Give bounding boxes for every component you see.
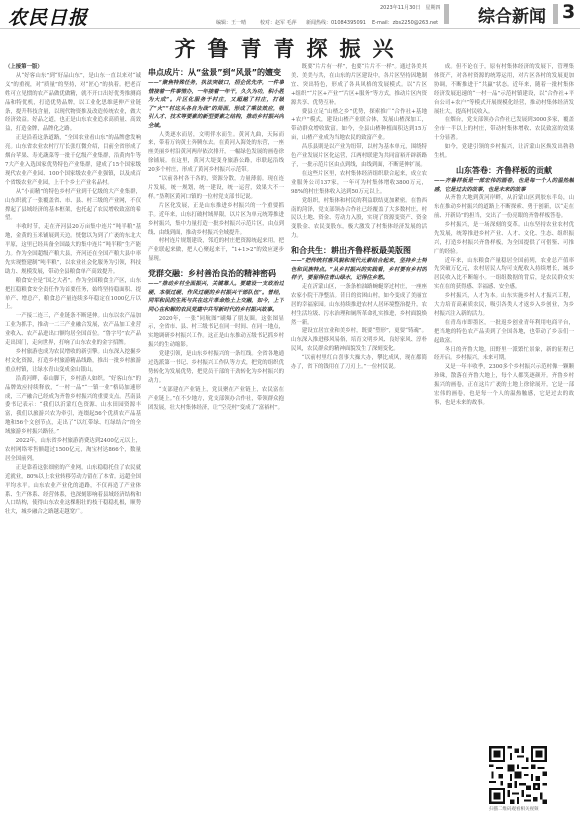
paragraph: 从齐鲁大地到黄河岸畔，从沂蒙山区到胶东半岛，山东在推动乡村振兴的道路上不断探索、… [434,194,574,221]
qr-caption: 扫描二维码观看相关视频 [489,806,555,812]
masthead: 农民日报 编辑：王一晴 校对：赵军 毛萍 新闻热线：01084395091 20… [0,0,580,30]
proofreader-credit: 校对：赵军 毛萍 [260,19,297,26]
divider-bar [553,4,558,24]
paragraph: 乡村振兴，人才为本。山东实施乡村人才振兴工程，大力培育高素质农民，吸引各类人才返… [434,292,574,319]
section-heading: 山东答卷：齐鲁样板的贡献 [434,165,574,176]
divider-bar [444,4,449,24]
section-heading: 和合共生：耕出齐鲁样板最美版图 [291,245,427,256]
paragraph: 从“好客山东”到“好品山东”，是山东一直以来对“诚义”的重视，对“质量”的坚持，… [5,72,141,134]
paragraph: 建设宜居宜业和美乡村，既要“塑形”，更要“铸魂”。山东深入推进移风易俗，培育文明… [291,327,427,354]
section-name: 综合新闻 [478,2,546,27]
paragraph: 党建引领，是山东乡村振兴的一条红线。全省各地通过选派第一书记、乡村振兴工作队等方… [148,350,284,386]
paragraph: 村村连片规划建设，邻近的村庄把资源统起来用，把产业联起来做，把人心聚起来干，“1… [148,237,284,264]
paragraph: 乡村旅游也成为农民增收的新引擎。山东深入挖掘乡村文化资源，打造乡村旅游精品线路，… [5,348,141,375]
paragraph: 冬日的齐鲁大地，田野里一派繁忙景象，新的征程已经开启。乡村振兴，未来可期。 [434,346,574,364]
paragraph: 又是一年丰收季，2300多个乡村振兴示范村像一颗颗珍珠，散落在齐鲁大地上，每个人… [434,363,574,408]
paragraph: “以前各村各干各的，资源分散，力量薄弱。现在连片发展，统一规划，统一建设，统一运… [148,175,284,202]
editor-credit: 编辑：王一晴 [216,19,246,26]
paragraph: “以前村里红白喜事大操大办，攀比成风，现在都简办了，省下的钱用在了刀刃上。”一位… [291,354,427,372]
paragraph: 如今，党建引领的乡村振兴，让沂蒙山区焕发出勃勃生机。 [434,143,574,161]
paragraph: 党组织，村集体和村民的利益联结更加紧密。在鲁西南的菏泽，党支部领办合作社已经覆盖… [291,197,427,242]
paragraph: 2022年，山东省乡村旅游消费达到2400亿元以上，农村网络零售额超过1500亿… [5,437,141,464]
paragraph: 在这些片区里，农村集体经济组织联合起来，成立农业服务公司137家，一年可为村集体… [291,170,427,197]
paragraph: 在烟台，党支部领办合作社已发展到3000多家，覆盖全市一半以上的村庄，带动村集体… [434,116,574,143]
contact-email: E-mail：zbs2250@263.net [372,19,438,26]
paragraph: 人类逐水而居，文明伴水而生。黄河九曲，天际而来，带着万钧黄土奔腾东去。在黄河入海… [148,131,284,176]
article-title: 齐鲁青青探振兴 [0,33,580,63]
column-3: 既要“片片有一样”，也要“片片不一样”。通过各美其美、美美与共，在山东的片区建设… [291,63,427,811]
paragraph: 费县立足“山楂之乡”优势，探索推广“合作社+基地+农户”模式，建设山楂产业联合体… [291,108,427,144]
section-subtitle: ——“推动乡村全面振兴，关键靠人。要建设一支政治过硬、本领过硬、作风过硬的乡村振… [148,280,284,314]
continued-tag: （上接第一版） [5,63,141,72]
section-subtitle: ——“把传统村落风貌和现代元素结合起来，坚持乡土特色和民族特点。”从乡村振兴的实… [291,257,427,283]
paragraph: 昌乐县則是以产业为纽带，以村为基本单元，围绕特色产业发展片区化运营，江两村联建为… [291,143,427,170]
section-heading: 党群交融：乡村善治良治的精神密码 [148,268,284,279]
issue-date: 2023年11月30日 星期四 [380,4,440,11]
paragraph: 乡村振兴，是一场深刻的变革。山东坚持农业农村优先发展，统筹推进乡村产业、人才、文… [434,221,574,257]
header-rule [0,28,580,29]
paragraph: 既要“片片有一样”，也要“片片不一样”。通过各美其美、美美与共，在山东的片区建设… [291,63,427,108]
paragraph: 沿黄河畔，泰山脚下，乡村游人如织。“好客山东”的品牌效应持续释放，“一村一品”“… [5,375,141,437]
section-subtitle: ——齐鲁样板是一部宏伟的画卷，也是每一个人的温热触感，它是过去的故事，也是未来的… [434,177,574,194]
section-subtitle: ——“聚焦特殊任务，执法突破口，招企优先序，一件事情接着一件事情办，一年接着一年… [148,79,284,131]
paragraph: 2020年，一张“同航图”刷爆了朋友圈。这张图显示，全省市、县、村三级书记在同一… [148,315,284,351]
news-hotline: 新闻热线：01084395091 [306,19,366,26]
paragraph: 粮食安全是“国之大者”。作为全国粮食主产区，山东把扛稳粮食安全责任作为首要任务，… [5,277,141,313]
paragraph: 丰收时节，走在齐河县20万亩集中连片“吨半粮”基地，金黄的玉米铺展到天边。恍惚以… [5,223,141,276]
column-4: 成。但不论在于，原有村集体经济的发展下，管理集体资产，对各村资源的统筹运用，对片… [434,63,574,735]
section-heading: 串点成片：从“盆景”到“风景”的嬗变 [148,67,284,78]
paragraph: 一产接二连三，产业链条不断延伸。山东以农产品加工业为抓手，推动一二三产业融合发展… [5,312,141,348]
column-1: （上接第一版） 从“好客山东”到“好品山东”，是山东一直以来对“诚义”的重视，对… [5,63,141,811]
paragraph: 成。但不论在于，原有村集体经济的发展下，管理集体资产，对各村资源的统筹运用，对片… [434,63,574,116]
newspaper-logo: 农民日报 [8,3,88,30]
column-2: 串点成片：从“盆景”到“风景”的嬗变 ——“聚焦特殊任务，执法突破口，招企优先序… [148,63,284,811]
qr-code[interactable] [489,746,547,804]
paragraph: 近年来，山东粮食产量稳居全国前列，农业总产值率先突破万亿元，农村居民人均可支配收… [434,257,574,293]
paragraph: 正是靠着这张细密的产业网，山东稳稳托住了农民就近就业，80%以上农业转移劳动力留… [5,464,141,517]
page-number: 3 [562,1,575,23]
paragraph: 片区化发展，正是山东推进乡村振兴的一个重要抓手。近年来，山东打破村域界限，以片区… [148,202,284,238]
paragraph: 走在沂蒙山区，一条条柏油路蜿蜒穿过村庄，一座座农家小院干净整洁。昔日的贫困山村，… [291,283,427,328]
paragraph: 从“小而精”的特色乡村产业到千亿级的大产业集群，山东织就了一张覆盖省、市、县、村… [5,188,141,224]
paragraph: “支部建在产业链上，党员聚在产业链上，农民富在产业链上。”在不少地方，党支部领办… [148,386,284,413]
paragraph: 正是沿着这条道路，“全国农业看山东”的品牌愈发响亮。山东省农业农村厅厅长张红微介… [5,134,141,187]
paragraph: 在青岛市即墨区，一批返乡创业青年利用电商平台，把当地的特色农产品卖到了全国各地，… [434,319,574,346]
